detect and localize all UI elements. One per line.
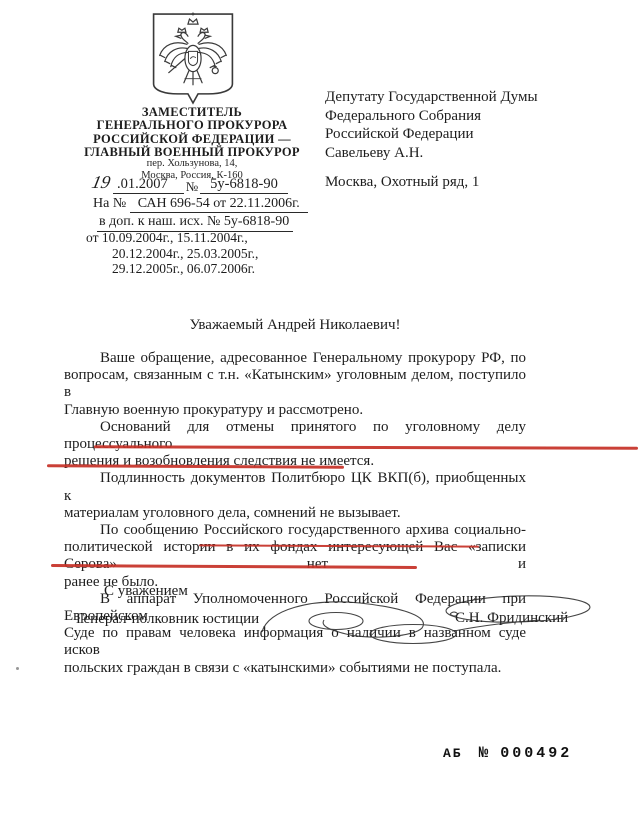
date-value: .01.2007 [113,176,184,194]
recipient-line: Федерального Собрания [325,107,538,126]
recipient-line: Савельеву А.Н. [325,144,538,163]
letterhead-address-line: пер. Хользунова, 14, [42,158,342,170]
scanned-letter-page: ЗАМЕСТИТЕЛЬ ГЕНЕРАЛЬНОГО ПРОКУРОРА РОССИ… [0,0,640,839]
previous-dates-line: 20.12.2004г., 25.03.2005г., [112,246,258,262]
recipient-city-line: Москва, Охотный ряд, 1 [325,173,538,192]
reply-reference-label: На № [93,196,126,211]
closing-regards: С уважением [104,583,188,600]
number-sign: № [186,179,198,194]
serial-digits: 000492 [500,745,572,762]
serial-series: АБ [443,746,463,761]
body-line: Подлинность документов Политбюро ЦК ВКП(… [64,470,526,504]
body-line: Главную военную прокуратуру и рассмотрен… [64,402,526,419]
salutation: Уважаемый Андрей Николаевич! [64,317,526,334]
letterhead-title-line: РОССИЙСКОЙ ФЕДЕРАЦИИ — [42,133,342,146]
form-serial-number: АБ № 000492 [443,744,572,762]
previous-dates-line: 29.12.2005г., 06.07.2006г. [112,261,255,277]
scan-speck-artifact [16,667,19,670]
reply-reference-line: На № САН 696-54 от 22.11.2006г. [93,196,308,212]
body-line: вопросам, связанным с т.н. «Катынским» у… [64,367,526,401]
previous-dates-line: от 10.09.2004г., 15.11.2004г., [86,230,248,246]
body-line: Ваше обращение, адресованное Генеральном… [64,350,526,367]
body-line: польских граждан в связи с «катынскими» … [64,660,526,677]
date-and-number-line: 19.01.2007№5у-6818-90 [92,172,288,193]
russian-coat-of-arms-icon [146,10,240,106]
recipient-line: Депутату Государственной Думы [325,88,538,107]
letterhead-title: ЗАМЕСТИТЕЛЬ ГЕНЕРАЛЬНОГО ПРОКУРОРА РОССИ… [42,106,342,160]
recipient-line: Российской Федерации [325,125,538,144]
outgoing-number: 5у-6818-90 [200,176,288,194]
body-line: материалам уголовного дела, сомнений не … [64,505,526,522]
serial-number-sign: № [479,744,489,762]
letterhead-title-line: ЗАМЕСТИТЕЛЬ [42,106,342,119]
signature-scribble-icon [250,590,640,652]
reply-reference-value: САН 696-54 от 22.11.2006г. [130,196,308,213]
handwritten-day: 19 [90,172,112,193]
signer-rank: Генерал-полковник юстиции [76,611,259,628]
recipient-block: Депутату Государственной Думы Федерально… [325,88,538,192]
body-line: По сообщению Российского государственног… [64,522,526,539]
letterhead-title-line: ГЕНЕРАЛЬНОГО ПРОКУРОРА [42,119,342,132]
